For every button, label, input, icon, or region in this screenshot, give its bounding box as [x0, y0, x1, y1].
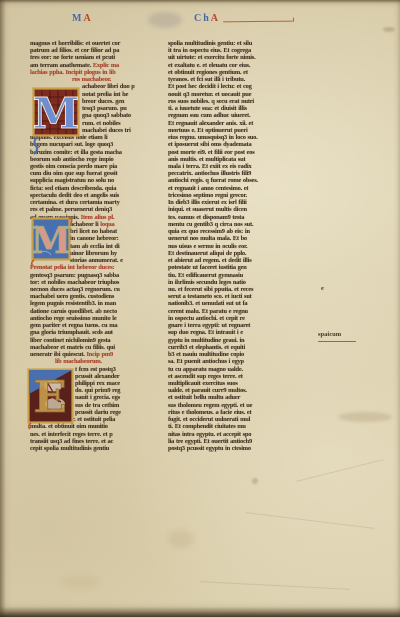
crease [296, 459, 384, 482]
body-text: spolia multitudinis gentiu: et silu [168, 40, 252, 47]
text-line: tu cu apparatu magno ualde. [168, 366, 304, 373]
body-text: t fcm est postq3 [75, 366, 116, 373]
running-title-letter: h [203, 13, 211, 24]
text-line: et ascendit sup reges terre. et [168, 373, 304, 380]
body-text: antiochi regis. q fuerat rome obses. [168, 177, 258, 184]
body-text: tu cu apparatu magno ualde. [168, 366, 243, 373]
text-line: spectaculu dedit deo et angelis suis [30, 192, 161, 199]
text-line: anis multis. et multiplicata sut [168, 156, 304, 163]
text-line: spolia multitudinis gentiu: et silu [168, 40, 304, 47]
body-text: patrum ad filios. et cor filior ad pa [30, 47, 119, 54]
text-line: nitas intra egyptu. et accepit spo [168, 431, 304, 438]
body-text: tres eor: ne forte ueniam et pcuti [30, 54, 115, 61]
text-line: Et regnauit alexander anis. xii. et [168, 120, 304, 127]
text-line: et exaltatu e. et eleuatu cor eius. [168, 62, 304, 69]
text-line: in ihrlimis secundu leges natio [168, 279, 304, 286]
marginal-note-underline [318, 341, 356, 342]
running-title-flourish [223, 21, 293, 23]
body-text: uit uirtute: et exercitu forte nimis. [168, 54, 255, 61]
body-text: regnum suu cum adhuc uiueret. [168, 112, 250, 119]
page-edge-bottom [0, 607, 400, 617]
body-text: ros suos nobiles. q secu erat nutri [168, 98, 254, 105]
body-text: postq3 pcussit egyptu in ctesimo [168, 445, 251, 452]
faint-erased-word [338, 412, 392, 422]
running-title-letter: A [83, 13, 92, 24]
text-line: magnus et horribilis: et ouertet cor [30, 40, 161, 47]
body-text: eius regnu. unusquisq3 in loco suo. [168, 134, 258, 141]
text-line: ti. Et comphendit ciuitates mu [168, 423, 304, 430]
body-text: transiit usq3 ad fines terre. et ac [30, 438, 113, 445]
body-text: In dieb3 illis exierut ex isrl filii [168, 199, 247, 206]
body-text: ti. a iuuetute sua: et diuisit illis [168, 105, 247, 112]
body-text: bri licet no habeat [70, 228, 117, 235]
body-text: machabeor et matris cu filiis. qui [30, 344, 115, 351]
text-line: In dieb3 illis exierut ex isrl filii [168, 199, 304, 206]
body-text: anis multis. et multiplicata sut [168, 156, 245, 163]
text-line: gnare i terra egypti: ut regnaret [168, 322, 304, 329]
rubric-text: loqua [100, 221, 114, 228]
text-line: ficta: sed etiam describenda. quia [30, 185, 161, 192]
text-line: tor: et nobiles machabeor triuphos [30, 279, 161, 286]
text-line: peccatrix. antiochus illustris fili9 [168, 170, 304, 177]
body-text: pcussit dariu rege [75, 409, 121, 416]
body-text: serut a testameto sco. et iucti sut [168, 293, 252, 300]
body-text: gna gloria triumphauit. scds aut [30, 329, 113, 336]
stain [168, 530, 194, 548]
text-line: tricesimo septimo regni grecor. [168, 192, 304, 199]
text-line: cum diu oim que sup fuerat gessit [30, 170, 161, 177]
text-line: Et post hec decidit i lectu: et cog [168, 83, 304, 90]
text-line: et abierut ad regem. et dedit illis [168, 257, 304, 264]
stain [252, 478, 258, 484]
ink-ghost-mark [148, 12, 182, 28]
body-text: potestate ut faceret iustitia gen [168, 264, 247, 271]
text-line: postq3 pcussit egyptu in ctesimo [168, 445, 304, 452]
body-text: tor: et nobiles machabeor triuphos [30, 279, 119, 286]
text-line: legem pugnis resistentib3. in man [30, 300, 161, 307]
text-line: cerent malu. Et paratu e regnu [168, 308, 304, 315]
body-text: in ospectu antiochi. et cepit re [168, 315, 245, 322]
text-line: nu. et fecerut sibi pputia. et reces [168, 286, 304, 293]
body-text: gem pariter et regna tuens. cu ma [30, 322, 117, 329]
body-text: gentesq3 psarum: pugnasq3 sabba [30, 272, 119, 279]
rubric-text: Item alius pl. [81, 214, 115, 221]
body-text: currib3 et elephantis. et equiti [168, 344, 245, 351]
text-line: supplicia magistratuu no solu no [30, 177, 161, 184]
body-text: nauit i grecia. egs [75, 394, 120, 401]
text-line: ros suos nobiles. q secu erat nutri [168, 98, 304, 105]
initial-artwork: E [27, 368, 75, 430]
text-line: gestis oim conscia perdo mare pia [30, 163, 161, 170]
body-text: et regnauit i anno centesimo. et [168, 185, 248, 192]
body-text: in canone hebreor: [70, 235, 119, 242]
text-line: multiplicauit exercitus suos [168, 380, 304, 387]
text-line: uenerut nos multa mala. Et bo [168, 235, 304, 242]
body-text: necnon duces actaq3 regnorum. cu [30, 286, 120, 293]
body-text: tyranos. et fci sut illi i tributu. [168, 76, 245, 83]
body-text: liber continet nichilomin9 gesta [30, 337, 110, 344]
text-line: it tra in ospectu eius. Et cogrega [168, 47, 304, 54]
body-text: tricesimo septimo regni grecor. [168, 192, 247, 199]
body-text: et ascendit sup reges terre. et [168, 373, 243, 380]
text-line: gyptu in multitudine graui. in [168, 337, 304, 344]
text-line: machabeor et matris cu filiis. qui [30, 344, 161, 351]
body-text: in ihrlimis secundu leges natio [168, 279, 246, 286]
text-line: cepit spolia multitudinis gentiu [30, 445, 161, 452]
body-text: datione carnis quodlibet. ab necto [30, 308, 117, 315]
parchment-page: MA ChA magnus et horribilis: et ouertet … [0, 0, 400, 617]
text-line: currib3 et elephantis. et equiti [168, 344, 304, 351]
body-text: multiplicauit exercitus suos [168, 380, 238, 387]
body-text: nu. et fecerut sibi pputia. et reces [168, 286, 253, 293]
text-line: lia tre egypti. Et ouertit antioch9 [168, 438, 304, 445]
body-text: quia ex quo recessim9 ab eis: in [168, 228, 250, 235]
body-text: uinor librorum hy [70, 250, 117, 257]
running-title-letter: C [194, 13, 203, 24]
body-text: cerent malu. Et paratu e regnu [168, 308, 248, 315]
text-line: am terram anathemate. Explic ma [30, 62, 161, 69]
text-line: patrum ad filios. et cor filior ad pa [30, 47, 161, 54]
body-text: gestis oim conscia perdo mare pia [30, 163, 117, 170]
body-text: fugit. et occiderut uulnerati mul [168, 416, 250, 423]
rubric-text: ros machabeor. [72, 76, 111, 83]
text-line: tes. eamus et disponam9 testa [168, 214, 304, 221]
text-line: ualde. et parauit curr9 multos. [168, 387, 304, 394]
text-line: nus uisus e sermo in oculis eor. [168, 243, 304, 250]
text-line: transiit usq3 ad fines terre. et ac [30, 438, 161, 445]
initial-flourish [34, 137, 38, 154]
body-text: notat prelia int he [82, 91, 128, 98]
body-text: gna quoq3 sabbato [82, 112, 131, 119]
text-line: regnum suu cum adhuc uiueret. [168, 112, 304, 119]
body-text: post morte ei9. et filii eor post eos [168, 149, 255, 156]
text-line: ueneratr ibi quiescut. Incip pm9 [30, 351, 161, 358]
text-line: machabei uero gentis. custodiens [30, 293, 161, 300]
body-text: et abierut ad regem. et dedit illis [168, 257, 252, 264]
text-line: ti. a iuuetute sua: et diuisit illis [168, 105, 304, 112]
text-line: uit uirtute: et exercitu forte nimis. [168, 54, 304, 61]
illuminated-initial-machabeorum-prologue: M [32, 87, 80, 160]
body-text: uenerut nos multa mala. Et bo [168, 235, 247, 242]
body-text: pcussit alexander [75, 373, 119, 380]
text-line: tyranos. et fci sut illi i tributu. [168, 76, 304, 83]
body-text: res et palme. peruenerut deniq3 [30, 206, 112, 213]
text-line: necnon duces actaq3 regnorum. cu [30, 286, 161, 293]
stain [60, 575, 100, 589]
text-line: antiocho rege seuissimo munito le [30, 315, 161, 322]
text-line: datione carnis quodlibet. ab necto [30, 308, 161, 315]
body-text: peccatrix. antiochus illustris fili9 [168, 170, 251, 177]
body-text: et ostituit bellu multu aduer [168, 394, 240, 401]
initial-letter: M [33, 89, 80, 138]
text-line: sup duo regna. Et intrauit i e [168, 329, 304, 336]
body-text: ti. Et comphendit ciuitates mu [168, 423, 246, 430]
body-text: breor duces. gen [82, 98, 124, 105]
text-line: et ostituit bellu multu aduer [168, 394, 304, 401]
historiated-initial-et-factum-est: E [27, 368, 75, 435]
body-text: storias annumerat. e [70, 257, 123, 264]
body-text: spectaculu dedit deo et angelis suis [30, 192, 119, 199]
body-text: mala i terra. Et exiit ex eis radix [168, 163, 251, 170]
initial-letter: E [33, 372, 67, 423]
text-line: fugit. et occiderut uulnerati mul [168, 416, 304, 423]
text-line: antiochi regis. q fuerat rome obses. [168, 177, 304, 184]
text-line: iniqui. et suaserut multis dicen [168, 206, 304, 213]
body-text: mentu cu gentib3 q circa nos sut. [168, 221, 253, 228]
text-line: certamina. et dura certamia marty [30, 199, 161, 206]
body-text: supplicia magistratuu no solu no [30, 177, 114, 184]
text-line: res et palme. peruenerut deniq3 [30, 206, 161, 213]
body-text: philippi rex mace [75, 380, 120, 387]
body-text: rum. et nobiles [82, 120, 120, 127]
body-text: Et destinauerut aliqui de pplo. [168, 250, 246, 257]
body-text: cum diu oim que sup fuerat gessit [30, 170, 117, 177]
text-line: quia ex quo recessim9 ab eis: in [168, 228, 304, 235]
illuminated-initial-machabeorum-second-prologue: M [31, 217, 73, 270]
body-text: ualde. et parauit curr9 multos. [168, 387, 247, 394]
body-text: et iposuerut sibi oms dyademata [168, 141, 251, 148]
initial-artwork: M [31, 217, 73, 265]
body-text: et obtinuit regiones gentium. et [168, 69, 248, 76]
body-text: lia tre egypti. Et ouertit antioch9 [168, 438, 252, 445]
text-line: sa. Et puenit antiochus i egyp [168, 358, 304, 365]
text-line: mala i terra. Et exiit ex eis radix [168, 163, 304, 170]
body-text: am terram anathemate. [30, 62, 93, 69]
body-text: achabeor libri duo p [82, 83, 135, 90]
running-title-letter: M [72, 13, 83, 24]
body-text: tam ab ecclia int di [70, 243, 119, 250]
faint-corner-mark [383, 27, 395, 32]
body-text: achabeor li [70, 221, 100, 228]
body-text: sup duo regna. Et intrauit i e [168, 329, 243, 336]
text-line: serut a testameto sco. et iucti sut [168, 293, 304, 300]
body-text: tesq3 psarum. pu [82, 105, 127, 112]
initial-letter: M [31, 220, 71, 262]
text-line: sus tholomeu regem egypti. et ue [168, 402, 304, 409]
text-line: liber continet nichilomin9 gesta [30, 337, 161, 344]
body-text: Et post hec decidit i lectu: et cog [168, 83, 252, 90]
body-text: it tra in ospectu eius. Et cogrega [168, 47, 251, 54]
body-text: mortuus e. Et optinuerut pueri [168, 127, 248, 134]
body-text: sa. Et puenit antiochus i egyp [168, 358, 244, 365]
body-text: nitas intra egyptu. et accepit spo [168, 431, 251, 438]
body-text: sus de tra cethim [75, 402, 119, 409]
body-text: cepit spolia multitudinis gentiu [30, 445, 109, 452]
text-line: gentesq3 psarum: pugnasq3 sabba [30, 272, 161, 279]
rubric-text: lib machabeorum. [55, 358, 102, 365]
marginal-note: spaicum [318, 331, 341, 338]
crease [200, 581, 350, 590]
body-text: ueneratr ibi quiescut. [30, 351, 86, 358]
body-text: nouit q3 moretur. et uocauit pue [168, 91, 251, 98]
body-text: gnare i terra egypti: ut regnaret [168, 322, 250, 329]
text-line: ros machabeor. [30, 76, 161, 83]
body-text: legem pugnis resistentib3. in man [30, 300, 116, 307]
body-text: ficta: sed etiam describenda. quia [30, 185, 116, 192]
body-text: antiocho rege seuissimo munito le [30, 315, 116, 322]
text-line: b3 et nauiu multitudine copio [168, 351, 304, 358]
text-line: tres eor: ne forte ueniam et pcuti [30, 54, 161, 61]
body-text: nationib3. et uenudati sut ut fa [168, 300, 247, 307]
rubric-text: Incip pm9 [86, 351, 112, 358]
crease [245, 512, 374, 529]
text-line: nationib3. et uenudati sut ut fa [168, 300, 304, 307]
body-text: iniqui. et suaserut multis dicen [168, 206, 247, 213]
running-title-right: ChA [194, 13, 220, 24]
body-text: tiu. Et edificauerut gymnasiu [168, 272, 243, 279]
rubric-text: lachias ppha. Incipit plogus in lib [30, 69, 116, 76]
body-text: et exaltatu e. et eleuatu cor eius. [168, 62, 250, 69]
running-title-letter: A [211, 13, 220, 24]
body-text: do. qui prim9 reg [75, 387, 120, 394]
rubric-text: Explic ma [93, 62, 119, 69]
text-line: eius regnu. unusquisq3 in loco suo. [168, 134, 304, 141]
text-line: ritus e tholomeus. a facie eius. et [168, 409, 304, 416]
body-text: certamina. et dura certamia marty [30, 199, 120, 206]
text-line: mentu cu gentib3 q circa nos sut. [168, 221, 304, 228]
text-column-right: spolia multitudinis gentiu: et siluit tr… [168, 40, 304, 456]
initial-sprout [29, 423, 31, 429]
text-line: potestate ut faceret iustitia gen [168, 264, 304, 271]
body-text: gyptu in multitudine graui. in [168, 337, 244, 344]
body-text: tes. eamus et disponam9 testa [168, 214, 244, 221]
page-edge-left [0, 0, 6, 617]
text-line: Et destinauerut aliqui de pplo. [168, 250, 304, 257]
text-line: gna gloria triumphauit. scds aut [30, 329, 161, 336]
text-line: et regnauit i anno centesimo. et [168, 185, 304, 192]
marginal-note: e [321, 285, 324, 292]
text-line: mortuus e. Et optinuerut pueri [168, 127, 304, 134]
initial-artwork: M [32, 87, 80, 155]
text-line: gem pariter et regna tuens. cu ma [30, 322, 161, 329]
text-line: lib machabeorum. [30, 358, 161, 365]
body-text: machabei duces tri [82, 127, 131, 134]
body-text: nus uisus e sermo in oculis eor. [168, 243, 247, 250]
running-title-left: MA [72, 13, 93, 24]
text-line: post morte ei9. et filii eor post eos [168, 149, 304, 156]
text-line: tiu. Et edificauerut gymnasiu [168, 272, 304, 279]
text-line: et obtinuit regiones gentium. et [168, 69, 304, 76]
text-line: lachias ppha. Incipit plogus in lib [30, 69, 161, 76]
page-edge-top [0, 0, 400, 3]
body-text: Et regnauit alexander anis. xii. et [168, 120, 253, 127]
text-line: et iposuerut sibi oms dyademata [168, 141, 304, 148]
body-text: machabei uero gentis. custodiens [30, 293, 114, 300]
body-text: magnus et horribilis: et ouertet cor [30, 40, 120, 47]
text-line: nouit q3 moretur. et uocauit pue [168, 91, 304, 98]
body-text: sus tholomeu regem egypti. et ue [168, 402, 252, 409]
body-text: ritus e tholomeus. a facie eius. et [168, 409, 251, 416]
body-text: b3 et nauiu multitudine copio [168, 351, 244, 358]
text-line: in ospectu antiochi. et cepit re [168, 315, 304, 322]
